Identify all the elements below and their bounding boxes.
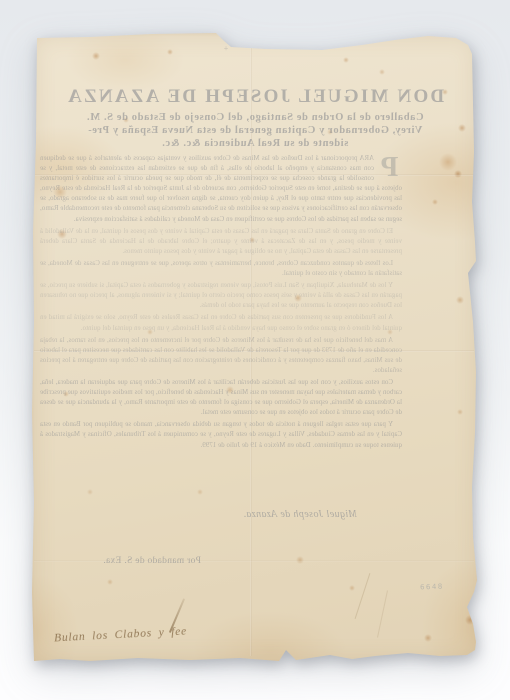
paragraph: Y los de Matehuala, Xiquilpan y San Luis… [40, 281, 402, 311]
corner-crease-line [377, 590, 388, 637]
subtitle-line-3: sidente de su Real Audiencia &c. &c. [30, 137, 480, 150]
document-photo: + DON MIGUEL JOSEPH DE AZANZA Caballero … [30, 32, 480, 664]
corner-crease-line [355, 573, 371, 619]
subtitle-line-2: Virey, Gobernador y Capitan general de e… [30, 124, 480, 137]
paragraph: El Cobre en grano de Santa Clara se paga… [40, 227, 402, 257]
subtitle-line-1: Caballero de la Orden de Santiago, del C… [30, 111, 480, 124]
paragraph: Los fletes de quantos conduzcan Cobres, … [40, 259, 402, 279]
masthead: DON MIGUEL JOSEPH DE AZANZA Caballero de… [30, 86, 480, 151]
paper-sheet: + DON MIGUEL JOSEPH DE AZANZA Caballero … [30, 32, 480, 664]
paragraph: A los Fundidores que se presenten con su… [40, 313, 402, 333]
printed-signature: Miguel Joseph de Azanza. [235, 509, 365, 520]
body-text: PARA proporcionar á los Dueños de las Mi… [40, 154, 402, 453]
paragraph: Y para que estas reglas lleguen á notici… [40, 420, 402, 450]
handwritten-annotation: Bulan los Clabos y fee [54, 624, 224, 645]
paragraph: PARA proporcionar á los Dueños de las Mi… [40, 154, 402, 225]
document-title: DON MIGUEL JOSEPH DE AZANZA [30, 86, 480, 108]
drop-cap: P [377, 155, 402, 180]
por-mandado-line: Por mandado de S. Exa. [90, 556, 214, 566]
printers-mark-icon: + [216, 44, 236, 53]
paragraph: A mas del beneficio que les ha de result… [40, 336, 402, 376]
pencil-inscription: 6648 [420, 583, 444, 592]
paragraph: Con estos auxilios, y con los que las Ju… [40, 378, 402, 418]
